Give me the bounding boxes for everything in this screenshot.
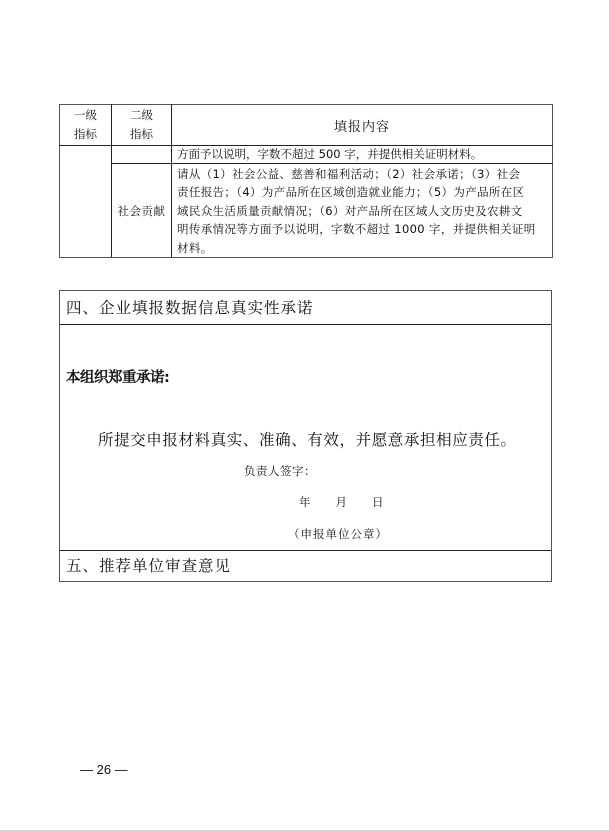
header-level1-indicator: 一级 指标 bbox=[60, 105, 112, 146]
section-title-commitment: 四、企业填报数据信息真实性承诺 bbox=[60, 291, 551, 325]
content-line: 材料。 bbox=[177, 239, 547, 257]
header-level2-line2: 指标 bbox=[112, 125, 171, 144]
signature-label: 负责人签字： bbox=[244, 463, 316, 479]
content-line: 请从（1）社会公益、慈善和福利活动；（2）社会承诺；（3）社会 bbox=[177, 165, 547, 183]
content-line: 域民众生活质量贡献情况；（6）对产品所在区域人文历史及农耕文 bbox=[177, 202, 547, 220]
table-header-row: 一级 指标 二级 指标 填报内容 bbox=[60, 105, 553, 146]
content-line: 责任报告；（4）为产品所在区域创造就业能力；（5）为产品所在区 bbox=[177, 183, 547, 201]
page-number: — 26 — bbox=[80, 762, 128, 777]
commitment-statement: 所提交申报材料真实、准确、有效，并愿意承担相应责任。 bbox=[98, 428, 517, 450]
date-month: 月 bbox=[336, 494, 348, 510]
header-level1-line1: 一级 bbox=[60, 106, 111, 125]
level2-cell-social-contribution: 社会贡献 bbox=[112, 164, 172, 258]
seal-label: （申报单位公章） bbox=[288, 526, 388, 542]
level1-cell bbox=[60, 146, 112, 258]
header-level2-indicator: 二级 指标 bbox=[112, 105, 172, 146]
content-cell-social-contribution: 请从（1）社会公益、慈善和福利活动；（2）社会承诺；（3）社会 责任报告；（4）… bbox=[172, 164, 553, 258]
header-level1-line2: 指标 bbox=[60, 125, 111, 144]
section-title-recommendation: 五、推荐单位审查意见 bbox=[60, 550, 551, 581]
indicator-table: 一级 指标 二级 指标 填报内容 方面予以说明，字数不超过 500 字，并提供相… bbox=[59, 104, 553, 258]
date-year: 年 bbox=[299, 494, 311, 510]
content-cell: 方面予以说明，字数不超过 500 字，并提供相关证明材料。 bbox=[172, 146, 553, 164]
date-day: 日 bbox=[372, 494, 384, 510]
header-content: 填报内容 bbox=[172, 105, 553, 146]
table-row: 社会贡献 请从（1）社会公益、慈善和福利活动；（2）社会承诺；（3）社会 责任报… bbox=[60, 164, 553, 258]
commitment-lead: 本组织郑重承诺: bbox=[66, 366, 169, 387]
header-level2-line1: 二级 bbox=[112, 106, 171, 125]
table-row: 方面予以说明，字数不超过 500 字，并提供相关证明材料。 bbox=[60, 146, 553, 164]
level2-cell bbox=[112, 146, 172, 164]
commitment-box: 四、企业填报数据信息真实性承诺 本组织郑重承诺: 所提交申报材料真实、准确、有效… bbox=[59, 290, 552, 582]
content-line: 明传承情况等方面予以说明，字数不超过 1000 字，并提供相关证明 bbox=[177, 220, 547, 238]
date-line: 年月日 bbox=[299, 494, 384, 510]
